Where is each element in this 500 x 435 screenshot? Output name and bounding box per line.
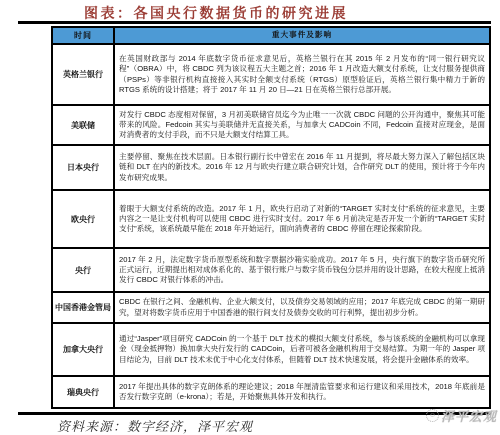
bank-name-cell: 英格兰银行 [53, 45, 115, 104]
event-text-cell: 对发行 CBDC 态度相对保留，3 月初美联储官员迄今为止唯一一次就 CBDC … [115, 106, 489, 144]
bank-name-cell: 加拿大央行 [53, 324, 115, 375]
table-row: 欧央行 着眼于大额支付系统的改造。2017 年 1 月，欧央行启动了对新的“TA… [53, 189, 489, 247]
bank-name-cell: 瑞典央行 [53, 377, 115, 407]
table-header-row: 时间 重大事件及影响 [53, 28, 489, 43]
bank-name-cell: 美联储 [53, 106, 115, 144]
top-rule [18, 21, 491, 24]
watermark: ☺ 泽平宏观 [426, 406, 497, 425]
event-text-cell: 主要停留、聚焦在技术层面。日本银行副行长中曾宏在 2016 年 11 月提到，将… [115, 146, 489, 189]
header-cell-event: 重大事件及影响 [115, 28, 489, 43]
table-row: 央行 2017 年 2 月，法定数字货币原型系统和数字票据沙箱实验成功。2017… [53, 247, 489, 291]
bank-name-cell: 央行 [53, 249, 115, 291]
table-row: 日本央行 主要停留、聚焦在技术层面。日本银行副行长中曾宏在 2016 年 11 … [53, 144, 489, 189]
table-row: 加拿大央行 通过“Jasper”项目研究 CADCoin 的一个基于 DLT 技… [53, 322, 489, 375]
watermark-text: 泽平宏观 [441, 406, 497, 425]
source-note: 资料来源：数字经济，泽平宏观 [57, 416, 253, 435]
bank-name-cell: 中国香港金管局 [53, 293, 115, 322]
watermark-logo-icon: ☺ [426, 409, 439, 422]
bank-name-cell: 欧央行 [53, 191, 115, 247]
bottom-rule [18, 412, 491, 415]
cbdc-research-table: 时间 重大事件及影响 英格兰银行 在英国财政部与 2014 年底数字货币征求意见… [51, 26, 491, 409]
event-text-cell: 在英国财政部与 2014 年底数字货币征求意见后，英格兰银行在其 2015 年 … [115, 45, 489, 104]
page-title: 图表：各国央行数据货币的研究进展 [84, 3, 348, 23]
event-text-cell: 着眼于大额支付系统的改造。2017 年 1 月，欧央行启动了对新的“TARGET… [115, 191, 489, 247]
table-row: 中国香港金管局 CBDC 在银行之间、金融机构、企业大额支付，以及债券交易领域的… [53, 291, 489, 322]
header-cell-time: 时间 [53, 28, 115, 43]
event-text-cell: 2017 年 2 月，法定数字货币原型系统和数字票据沙箱实验成功。2017 年 … [115, 249, 489, 291]
table-row: 英格兰银行 在英国财政部与 2014 年底数字货币征求意见后，英格兰银行在其 2… [53, 43, 489, 104]
event-text-cell: 2017 年提出具体的数字克朗体系的理论建议；2018 年厘清监管要求和运行建议… [115, 377, 489, 407]
table-row: 美联储 对发行 CBDC 态度相对保留，3 月初美联储官员迄今为止唯一一次就 C… [53, 104, 489, 144]
event-text-cell: CBDC 在银行之间、金融机构、企业大额支付，以及债券交易领域的应用；2017 … [115, 293, 489, 322]
table-row: 瑞典央行 2017 年提出具体的数字克朗体系的理论建议；2018 年厘清监管要求… [53, 375, 489, 407]
event-text-cell: 通过“Jasper”项目研究 CADCoin 的一个基于 DLT 技术的模拟大额… [115, 324, 489, 375]
bank-name-cell: 日本央行 [53, 146, 115, 189]
